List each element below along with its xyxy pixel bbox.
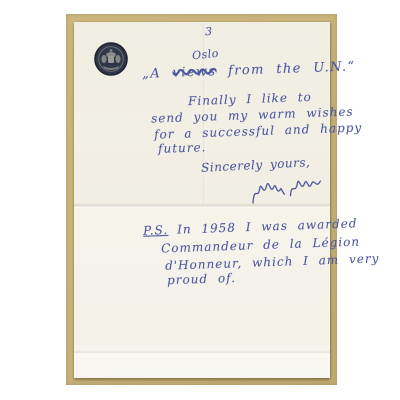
ps-line: Commandeur de la Légion [161,236,360,255]
title-line: „A views from the U.N.“ [142,60,356,80]
title-rest: from the U.N.“ [216,59,356,79]
tan-mat-board: 3 Oslo „A views from the U.N.“ Finally I… [66,14,337,385]
letter-photo-scene: 3 Oslo „A views from the U.N.“ Finally I… [0,0,400,400]
ps-label: P.S. [143,223,169,238]
signature-scrawl [247,171,327,210]
title-open: „A [142,66,173,82]
closing-line: Sincerely yours, [201,156,311,174]
body-line: future. [158,141,207,155]
page-number: 3 [205,26,214,37]
body-line: Finally I like to [188,91,312,107]
ps-line: P.S.In 1958 I was awarded [143,217,358,236]
horizontal-fold-crease-lower [74,350,330,355]
ps-line: d'Honneur, which I am very [165,252,380,271]
title-struck-word: views [172,64,216,81]
letter-paper: 3 Oslo „A views from the U.N.“ Finally I… [74,22,330,378]
embossed-crest-seal-icon [93,41,129,77]
ps-text: In 1958 I was awarded [177,216,358,236]
place-line: Oslo [191,48,219,62]
ps-line: proud of. [167,272,236,286]
